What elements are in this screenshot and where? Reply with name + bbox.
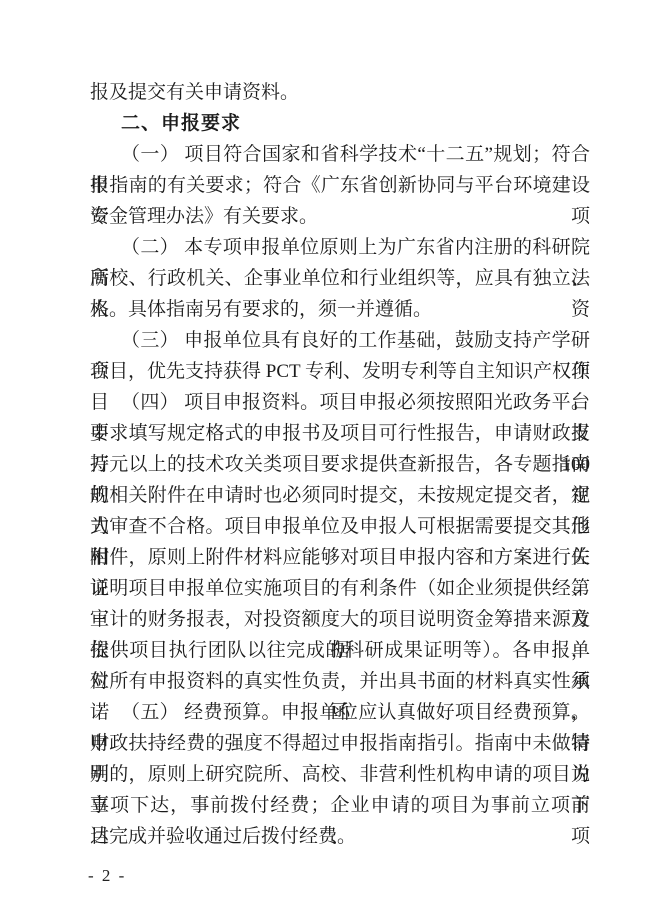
document-page: 报及提交有关申请资料。二、申报要求（一） 项目符合国家和省科学技术“十二五”规划… (0, 0, 650, 924)
text-line: 附件，原则上附件材料应能够对项目申报内容和方案进行佐证、 (90, 542, 590, 573)
section-heading: 二、申报要求 (90, 108, 590, 139)
text-line: 报及提交有关申请资料。 (90, 77, 590, 108)
text-line: 财政扶持经费的强度不得超过申报指南指引。指南中未做特别说 (90, 728, 590, 759)
text-line: 高校、行政机关、企事业单位和行业组织等，应具有独立法人资 (90, 263, 590, 294)
text-line: （五） 经费预算。申报单位应认真做好项目经费预算，申请 (90, 697, 590, 728)
page-number: - 2 - (88, 866, 126, 886)
text-line: 明的，原则上研究院所、高校、非营利性机构申请的项目为事前 (90, 759, 590, 790)
text-line: 提供项目执行团队以往完成的科研成果证明等）。各申报单位须 (90, 635, 590, 666)
text-line: （二） 本专项申报单位原则上为广东省内注册的科研院所、 (90, 232, 590, 263)
text-line: 立项下达，事前拨付经费；企业申请的项目为事前立项下达、项 (90, 790, 590, 821)
text-line: 式审查不合格。项目申报单位及申报人可根据需要提交其他相关 (90, 511, 590, 542)
text-line: （三） 申报单位具有良好的工作基础，鼓励支持产学研合作 (90, 325, 590, 356)
text-line: 要求填写规定格式的申报书及项目可行性报告，申请财政支持 100 (90, 418, 590, 449)
text-line: 项目，优先支持获得 PCT 专利、发明专利等自主知识产权项目。 (90, 356, 590, 387)
text-line: 的相关附件在申请时也必须同时提交，未按规定提交者，视为形 (90, 480, 590, 511)
text-line: 报指南的有关要求；符合《广东省创新协同与平台环境建设专项 (90, 170, 590, 201)
text-line: （四） 项目申报资料。项目申报必须按照阳光政务平台申报 (90, 387, 590, 418)
text-line: 万元以上的技术攻关类项目要求提供查新报告，各专题指南规定 (90, 449, 590, 480)
text-line: 说明项目申报单位实施项目的有利条件（如企业须提供经第三方 (90, 573, 590, 604)
text-line: 对所有申报资料的真实性负责，并出具书面的材料真实性承诺函。 (90, 666, 590, 697)
text-line: （一） 项目符合国家和省科学技术“十二五”规划；符合申 (90, 139, 590, 170)
document-body: 报及提交有关申请资料。二、申报要求（一） 项目符合国家和省科学技术“十二五”规划… (90, 77, 590, 852)
text-line: 审计的财务报表，对投资额度大的项目说明资金筹措来源及依据， (90, 604, 590, 635)
